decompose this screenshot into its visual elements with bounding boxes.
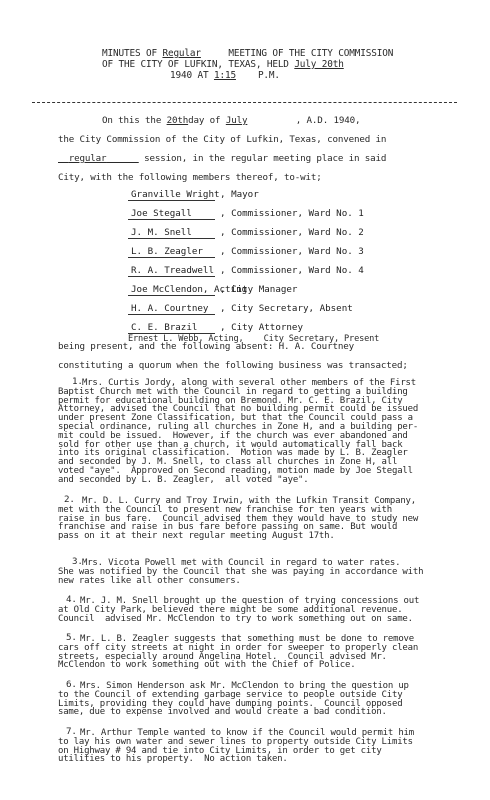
member-role: , City Attorney [220, 323, 303, 333]
header-line-2: OF THE CITY OF LUFKIN, TEXAS, HELD July … [102, 60, 366, 70]
header-line-1: MINUTES OF Regular MEETING OF THE CITY C… [102, 49, 393, 59]
absent-line: being present, and the following absent:… [58, 342, 354, 352]
member-role: , Commissioner, Ward No. 3 [220, 247, 364, 257]
header-divider [32, 102, 457, 103]
item-2-text: Mr. D. L. Curry and Troy Irwin, with the… [58, 497, 438, 541]
member-name: Joe McClendon, Acting [128, 285, 215, 296]
member-role: , City Secretary, Absent [220, 304, 353, 314]
member-role: , Commissioner, Ward No. 2 [220, 228, 364, 238]
header-line-3: 1940 AT 1:15 P.M. [170, 71, 280, 81]
member-role: , Commissioner, Ward No. 4 [220, 266, 364, 276]
member-name: Joe Stegall [128, 209, 215, 220]
item-7-text: Mr. Arthur Temple wanted to know if the … [58, 729, 438, 764]
intro-line-2: the City Commission of the City of Lufki… [58, 135, 386, 145]
item-5-text: Mr. L. B. Zeagler suggests that somethin… [58, 635, 438, 670]
member-name: C. E. Brazil [128, 323, 215, 334]
member-role: , Commissioner, Ward No. 1 [220, 209, 364, 219]
member-role: , Mayor [220, 190, 259, 200]
item-1-text: Mrs. Curtis Jordy, along with several ot… [58, 379, 438, 485]
member-role: , City Manager [220, 285, 297, 295]
member-name: J. M. Snell [128, 228, 215, 239]
member-name: H. A. Courtney [128, 304, 215, 315]
item-3-text: Mrs. Vicota Powell met with Council in r… [58, 559, 438, 585]
intro-line-1: On this the 20thday of July , A.D. 1940, [102, 116, 360, 126]
item-6-text: Mrs. Simon Henderson ask Mr. McClendon t… [58, 682, 438, 717]
intro-line-3: regular session, in the regular meeting … [58, 154, 386, 164]
member-name: R. A. Treadwell [128, 266, 215, 277]
item-4-text: Mr. J. M. Snell brought up the question … [58, 597, 438, 623]
minutes-page: MINUTES OF Regular MEETING OF THE CITY C… [0, 0, 490, 800]
member-name: Granville Wright [128, 190, 215, 201]
quorum-line: constituting a quorum when the following… [58, 361, 408, 371]
member-name: L. B. Zeagler [128, 247, 215, 258]
intro-line-4: City, with the following members thereof… [58, 173, 322, 183]
